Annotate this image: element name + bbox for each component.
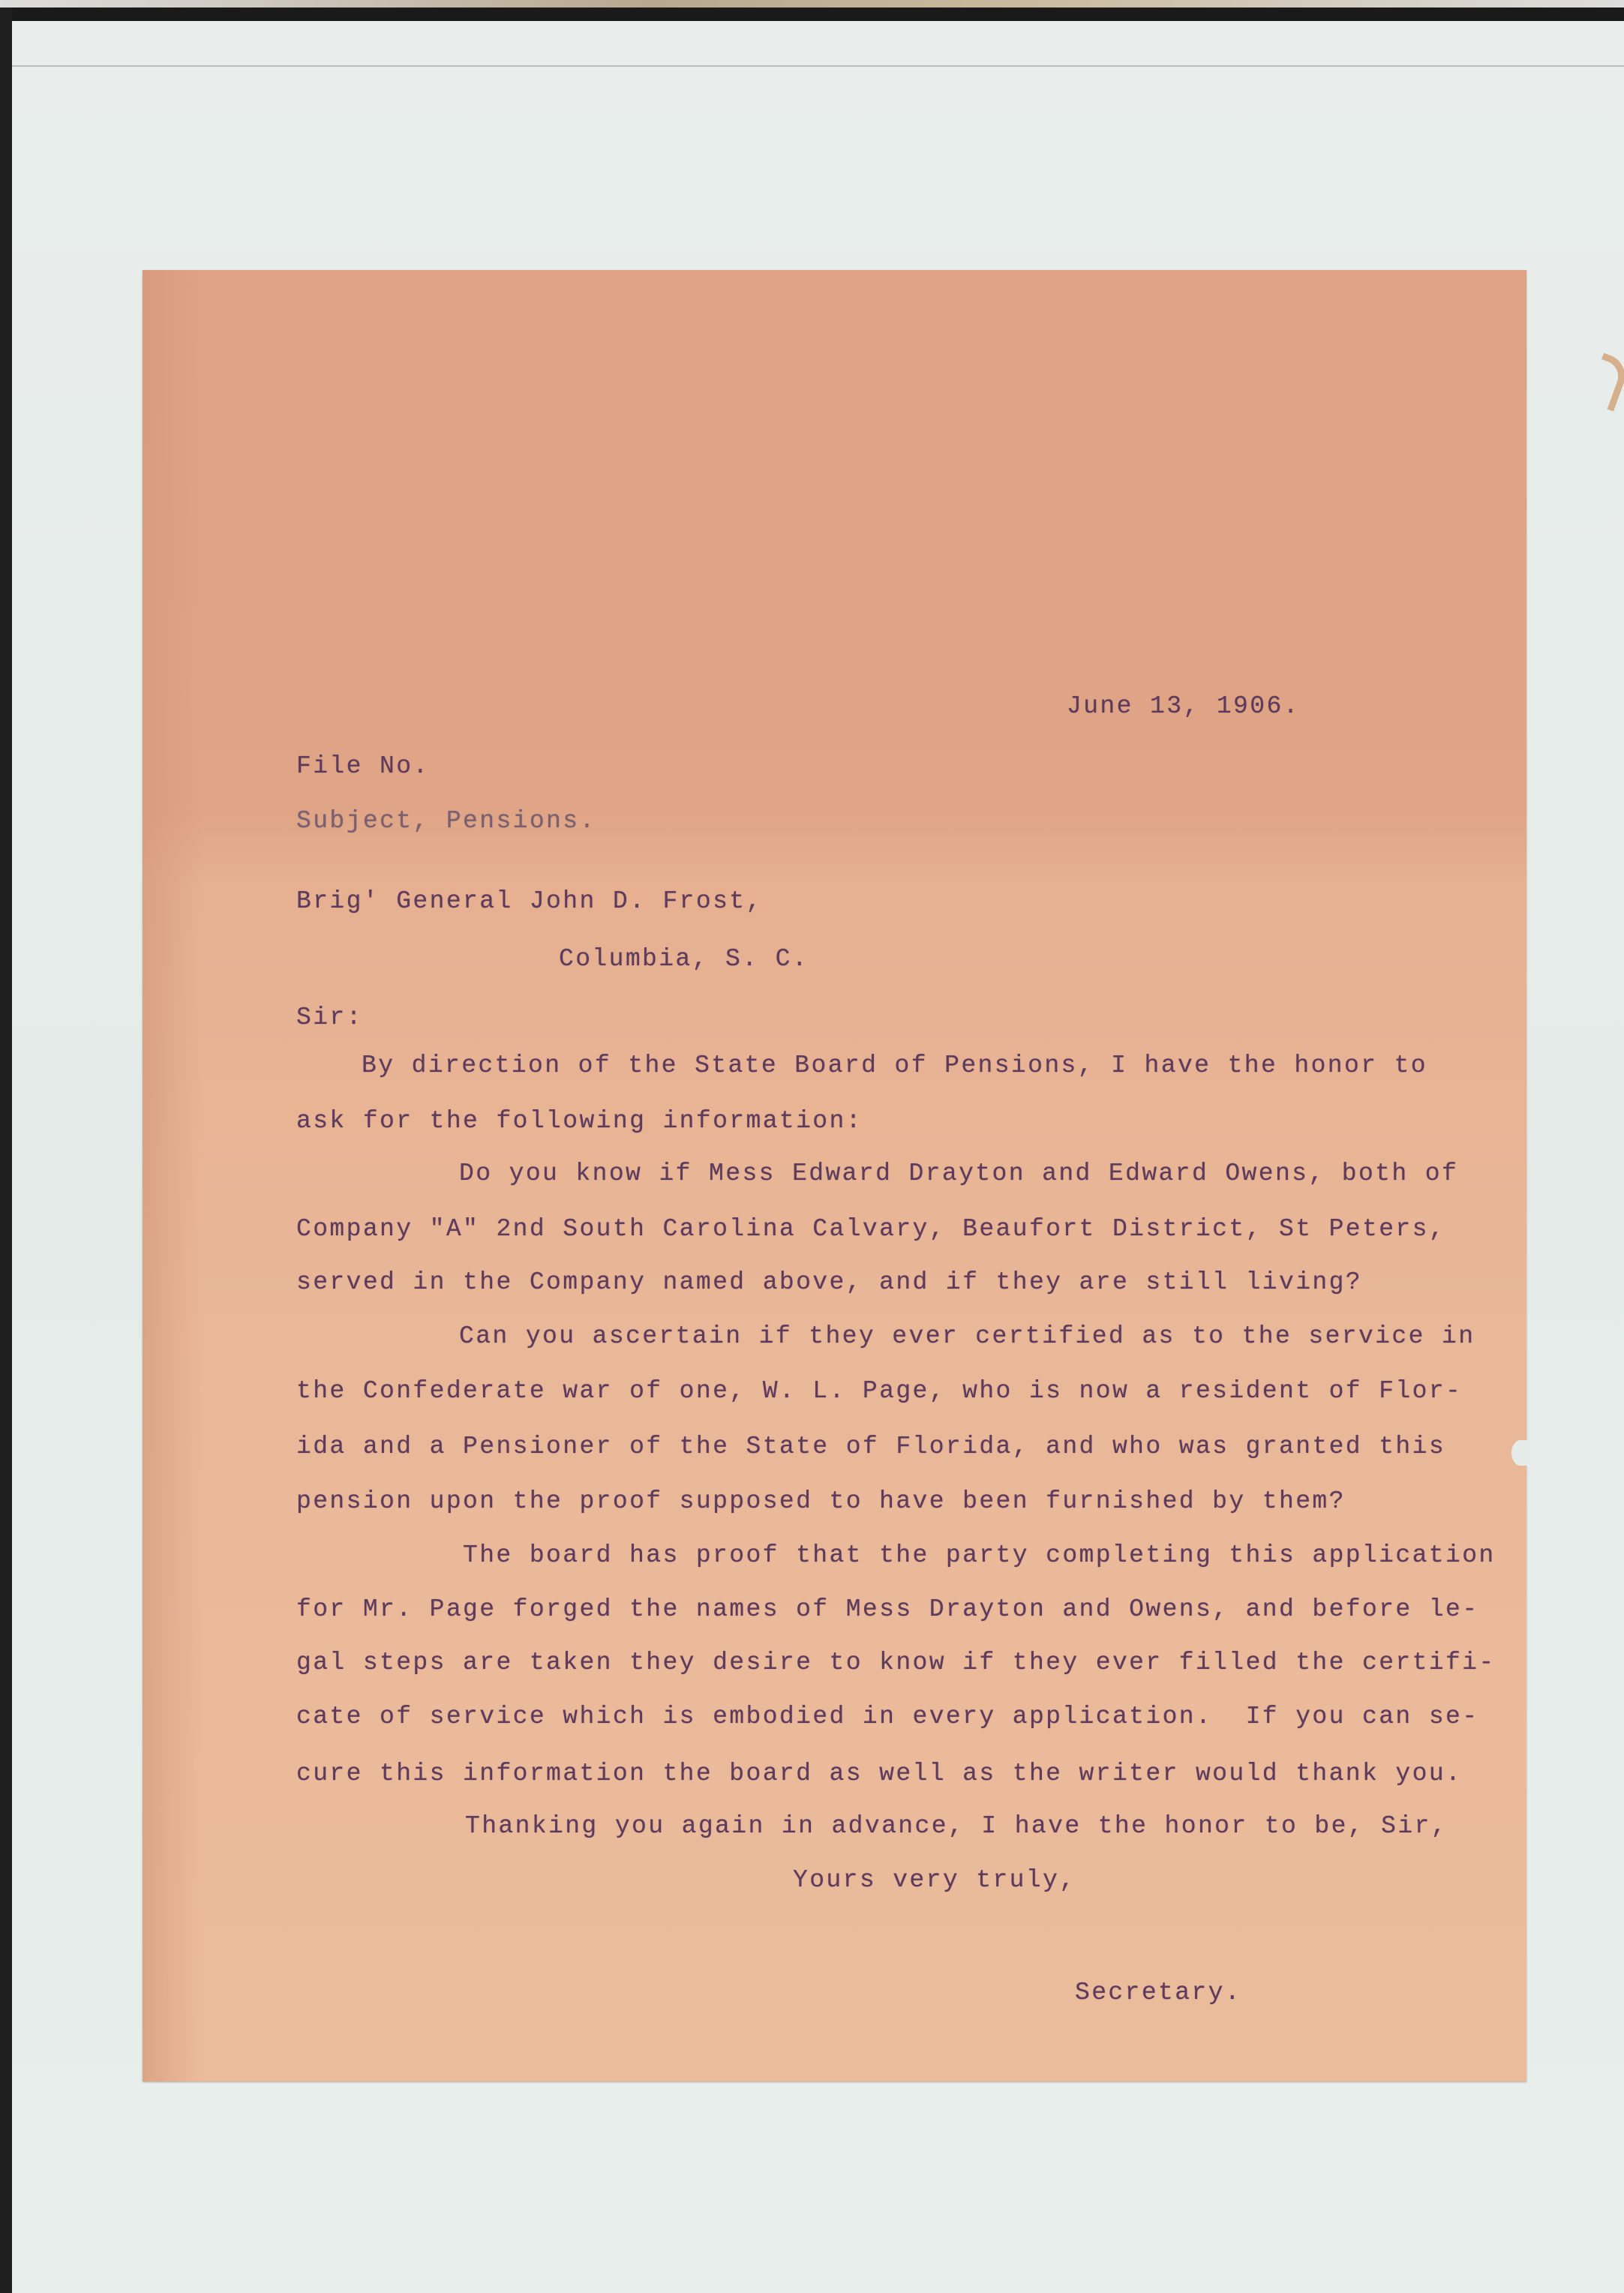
body-line: the Confederate war of one, W. L. Page, … — [296, 1379, 1462, 1403]
body-line: ask for the following information: — [296, 1109, 863, 1133]
paper-tear — [1511, 1440, 1529, 1466]
scanner-left-edge — [0, 8, 12, 2293]
subject-line: Subject, Pensions. — [296, 809, 596, 833]
body-line: gal steps are taken they desire to know … — [296, 1650, 1496, 1675]
body-line: Company "A" 2nd South Carolina Calvary, … — [296, 1217, 1445, 1241]
body-line: Do you know if Mess Edward Drayton and E… — [459, 1161, 1458, 1186]
body-line: pension upon the proof supposed to have … — [296, 1489, 1346, 1514]
background-crease — [12, 65, 1624, 67]
body-line: Can you ascertain if they ever certified… — [459, 1324, 1475, 1349]
body-line: Thanking you again in advance, I have th… — [465, 1814, 1448, 1838]
body-line: ida and a Pensioner of the State of Flor… — [296, 1434, 1445, 1459]
body-line: cure this information the board as well … — [296, 1761, 1462, 1786]
body-line: for Mr. Page forged the names of Mess Dr… — [296, 1597, 1478, 1622]
scanner-top-edge — [0, 0, 1624, 8]
body-line: cate of service which is embodied in eve… — [296, 1704, 1478, 1729]
salutation: Sir: — [296, 1005, 363, 1030]
body-line: served in the Company named above, and i… — [296, 1270, 1362, 1295]
recipient-location: Columbia, S. C. — [559, 947, 809, 971]
recipient-name: Brig' General John D. Frost, — [296, 889, 763, 914]
letter-date: June 13, 1906. — [1067, 694, 1300, 719]
body-line: By direction of the State Board of Pensi… — [362, 1053, 1427, 1078]
signature-title: Secretary. — [1075, 1980, 1241, 2005]
body-line: The board has proof that the party compl… — [463, 1543, 1496, 1568]
closing: Yours very truly, — [793, 1868, 1076, 1892]
scanner-dark-band — [0, 8, 1624, 21]
paper-stain — [143, 270, 203, 2081]
file-number: File No. — [296, 754, 430, 779]
